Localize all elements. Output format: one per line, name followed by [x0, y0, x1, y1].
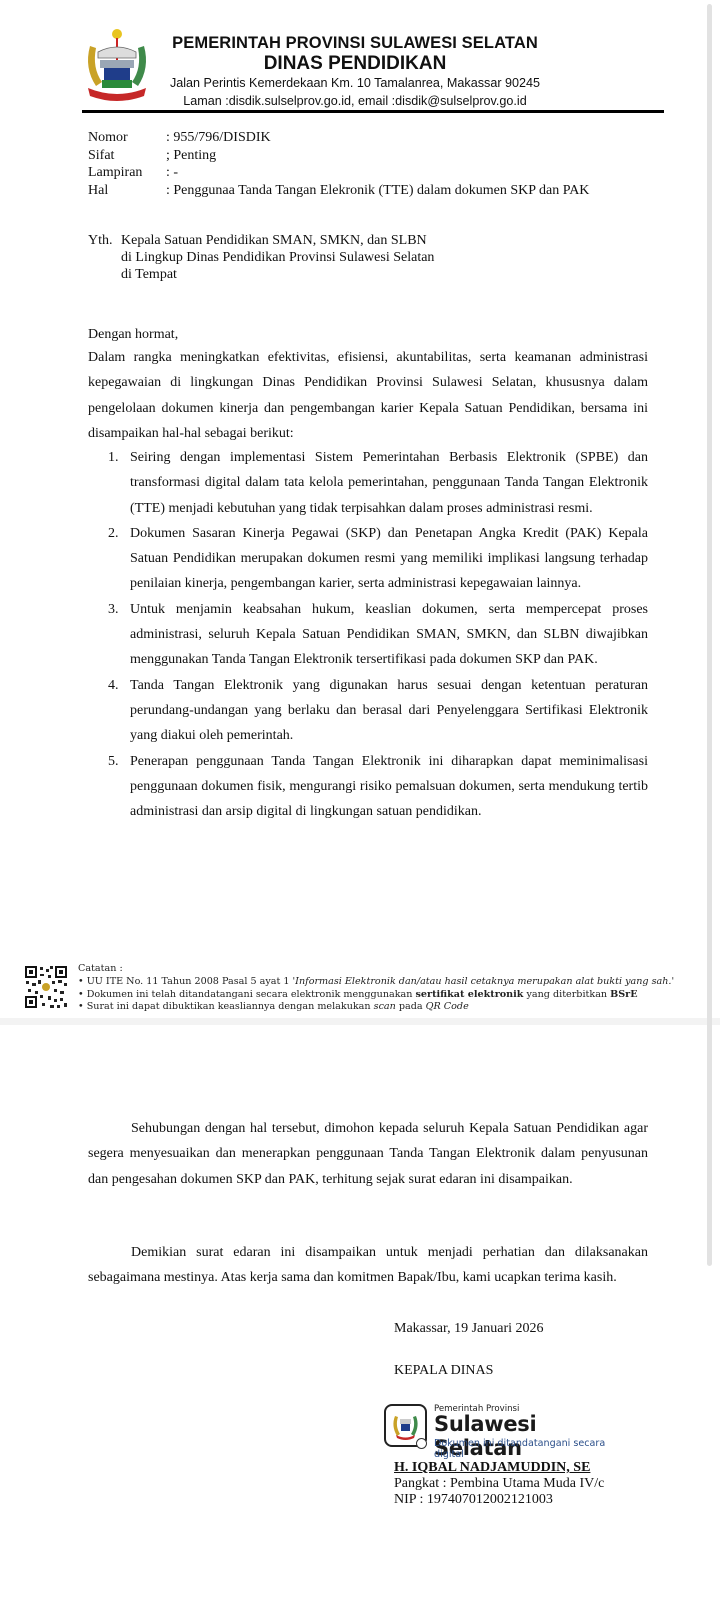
meta-hal: Hal: Penggunaa Tanda Tangan Elekronik (T… — [88, 182, 589, 200]
badge-subtitle: Dokumen ini ditandatangani secara digita… — [434, 1438, 616, 1460]
lock-icon — [416, 1438, 427, 1449]
recipient-line: di Tempat — [121, 266, 177, 283]
list-item: 3.Untuk menjamin keabsahan hukum, keasli… — [130, 597, 648, 673]
letterhead-agency: DINAS PENDIDIKAN — [150, 53, 560, 75]
footnote-line-2: • Dokumen ini telah ditandatangani secar… — [78, 989, 674, 1002]
recipient-line: di Lingkup Dinas Pendidikan Provinsi Sul… — [121, 249, 434, 266]
meta-sifat: Sifat; Penting — [88, 147, 589, 165]
digital-signature-badge: Pemerintah Provinsi Sulawesi Selatan Dok… — [384, 1404, 616, 1452]
footnote-line-3: • Surat ini dapat dibuktikan keasliannya… — [78, 1001, 674, 1014]
qr-code-icon[interactable] — [24, 965, 68, 1009]
list-item: 1.Seiring dengan implementasi Sistem Pem… — [130, 445, 648, 521]
recipient-block: Yth.Kepala Satuan Pendidikan SMAN, SMKN,… — [88, 232, 434, 283]
recipient-prefix: Yth. — [88, 232, 121, 249]
list-item: 5.Penerapan penggunaan Tanda Tangan Elek… — [130, 749, 648, 825]
meta-nomor: Nomor: 955/796/DISDIK — [88, 129, 589, 147]
letter-meta: Nomor: 955/796/DISDIK Sifat; Penting Lam… — [88, 129, 589, 199]
recipient-line: Kepala Satuan Pendidikan SMAN, SMKN, dan… — [121, 232, 427, 249]
signer-name: H. IQBAL NADJAMUDDIN, SE — [394, 1460, 604, 1476]
meta-lampiran: Lampiran: - — [88, 164, 589, 182]
letterhead-web-email: Laman :disdik.sulselprov.go.id, email :d… — [150, 94, 560, 108]
letterhead-address: Jalan Perintis Kemerdekaan Km. 10 Tamala… — [150, 76, 560, 90]
signer-block: H. IQBAL NADJAMUDDIN, SE Pangkat : Pembi… — [394, 1460, 604, 1508]
page-separator — [0, 1018, 720, 1025]
intro-paragraph: Dalam rangka meningkatkan efektivitas, e… — [88, 345, 648, 446]
footnote-title: Catatan : — [78, 963, 674, 976]
letterhead-government: PEMERINTAH PROVINSI SULAWESI SELATAN — [150, 34, 560, 53]
signer-rank: Pangkat : Pembina Utama Muda IV/c — [394, 1476, 604, 1492]
place-date: Makassar, 19 Januari 2026 — [394, 1321, 544, 1337]
signer-nip: NIP : 197407012002121003 — [394, 1492, 604, 1508]
letterhead-divider — [82, 110, 664, 113]
list-item: 2.Dokumen Sasaran Kinerja Pegawai (SKP) … — [130, 521, 648, 597]
greeting: Dengan hormat, — [88, 322, 648, 347]
footnote-line-1: • UU ITE No. 11 Tahun 2008 Pasal 5 ayat … — [78, 976, 674, 989]
closing-paragraph-1: Sehubungan dengan hal tersebut, dimohon … — [88, 1116, 648, 1192]
footnote: Catatan : • UU ITE No. 11 Tahun 2008 Pas… — [78, 963, 674, 1014]
points-list: 1.Seiring dengan implementasi Sistem Pem… — [88, 445, 648, 824]
vertical-scrollbar[interactable] — [707, 4, 712, 1266]
signer-role: KEPALA DINAS — [394, 1363, 493, 1379]
list-item: 4.Tanda Tangan Elektronik yang digunakan… — [130, 673, 648, 749]
coat-of-arms-logo-icon — [82, 26, 152, 104]
closing-paragraph-2: Demikian surat edaran ini disampaikan un… — [88, 1240, 648, 1291]
